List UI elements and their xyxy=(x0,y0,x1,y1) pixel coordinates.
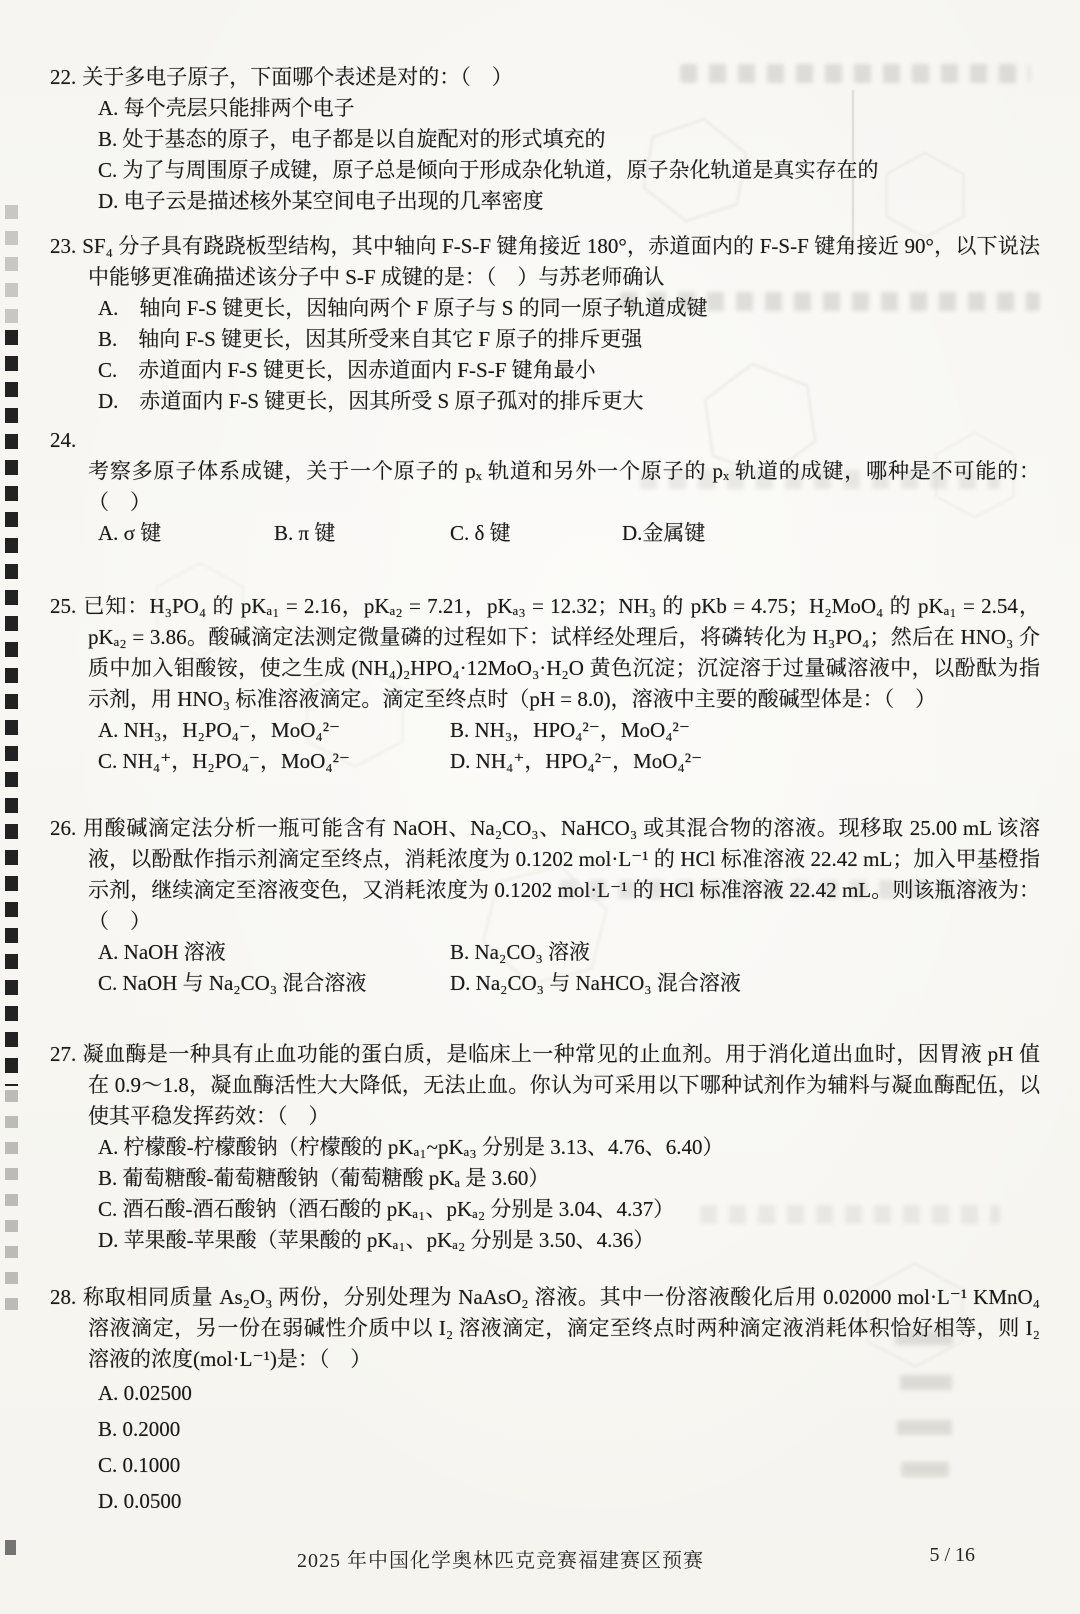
question-23-number: 23. xyxy=(50,234,82,258)
option-23-a: A. 轴向 F-S 键更长，因轴向两个 F 原子与 S 的同一原子轨道成键 xyxy=(98,293,1040,324)
page-footer: 2025 年中国化学奥林匹克竞赛福建赛区预赛 5 / 16 xyxy=(0,1544,1080,1576)
binding-mark-bottom xyxy=(5,1540,16,1555)
question-26: 26.用酸碱滴定法分析一瓶可能含有 NaOH、Na₂CO₃、NaHCO₃ 或其混… xyxy=(50,813,1040,999)
option-28-b: B. 0.2000 xyxy=(98,1411,1040,1447)
exam-content: 22.关于多电子原子，下面哪个表述是对的：（ ） A. 每个壳层只能排两个电子 … xyxy=(50,62,1040,1519)
question-28-text: 称取相同质量 As₂O₃ 两份，分别处理为 NaAsO₂ 溶液。其中一份溶液酸化… xyxy=(82,1285,1040,1371)
question-25-stem: 25.已知：H₃PO₄ 的 pKₐ₁ = 2.16，pKₐ₂ = 7.21，pK… xyxy=(50,591,1040,715)
question-27-options: A. 柠檬酸-柠檬酸钠（柠檬酸的 pKₐ₁~pKₐ₃ 分别是 3.13、4.76… xyxy=(98,1132,1040,1256)
question-22: 22.关于多电子原子，下面哪个表述是对的：（ ） A. 每个壳层只能排两个电子 … xyxy=(50,62,1040,217)
question-26-stem: 26.用酸碱滴定法分析一瓶可能含有 NaOH、Na₂CO₃、NaHCO₃ 或其混… xyxy=(50,813,1040,937)
question-22-number: 22. xyxy=(50,65,82,89)
binding-marks-main xyxy=(5,330,18,1086)
question-23-text: SF₄ 分子具有跷跷板型结构，其中轴向 F-S-F 键角接近 180°，赤道面内… xyxy=(82,234,1040,289)
option-24-c: C. δ 键 xyxy=(450,518,622,549)
option-25-b: B. NH₃，HPO₄²⁻，MoO₄²⁻ xyxy=(450,715,1040,746)
question-24-stem: 24.考察多原子体系成键，关于一个原子的 pₓ 轨道和另外一个原子的 pₓ 轨道… xyxy=(50,425,1040,518)
option-27-c: C. 酒石酸-酒石酸钠（酒石酸的 pKₐ₁、pKₐ₂ 分别是 3.04、4.37… xyxy=(98,1194,1040,1225)
question-24-number: 24. xyxy=(50,428,82,452)
question-24-options: A. σ 键 B. π 键 C. δ 键 D.金属键 xyxy=(98,518,1040,549)
option-28-c: C. 0.1000 xyxy=(98,1447,1040,1483)
option-28-a: A. 0.02500 xyxy=(98,1375,1040,1411)
option-23-c: C. 赤道面内 F-S 键更长，因赤道面内 F-S-F 键角最小 xyxy=(98,355,1040,386)
question-28-options: A. 0.02500 B. 0.2000 C. 0.1000 D. 0.0500 xyxy=(98,1375,1040,1519)
option-22-b: B. 处于基态的原子，电子都是以自旋配对的形式填充的 xyxy=(98,124,1040,155)
option-27-a: A. 柠檬酸-柠檬酸钠（柠檬酸的 pKₐ₁~pKₐ₃ 分别是 3.13、4.76… xyxy=(98,1132,1040,1163)
question-25-options: A. NH₃，H₂PO₄⁻，MoO₄²⁻ B. NH₃，HPO₄²⁻，MoO₄²… xyxy=(98,715,1040,777)
option-25-c: C. NH₄⁺，H₂PO₄⁻，MoO₄²⁻ xyxy=(98,746,450,777)
option-25-a: A. NH₃，H₂PO₄⁻，MoO₄²⁻ xyxy=(98,715,450,746)
option-27-d: D. 苹果酸-苹果酸（苹果酸的 pKₐ₁、pKₐ₂ 分别是 3.50、4.36） xyxy=(98,1225,1040,1256)
question-27-stem: 27.凝血酶是一种具有止血功能的蛋白质，是临床上一种常见的止血剂。用于消化道出血… xyxy=(50,1039,1040,1132)
question-27-text: 凝血酶是一种具有止血功能的蛋白质，是临床上一种常见的止血剂。用于消化道出血时，因… xyxy=(82,1042,1040,1128)
question-28-number: 28. xyxy=(50,1285,82,1309)
option-24-d: D.金属键 xyxy=(622,518,1040,549)
option-22-d: D. 电子云是描述核外某空间电子出现的几率密度 xyxy=(98,186,1040,217)
question-25-number: 25. xyxy=(50,594,82,618)
question-28: 28.称取相同质量 As₂O₃ 两份，分别处理为 NaAsO₂ 溶液。其中一份溶… xyxy=(50,1282,1040,1519)
option-26-d: D. Na₂CO₃ 与 NaHCO₃ 混合溶液 xyxy=(450,968,1040,999)
footer-exam-title: 2025 年中国化学奥林匹克竞赛福建赛区预赛 xyxy=(297,1544,704,1573)
option-26-c: C. NaOH 与 Na₂CO₃ 混合溶液 xyxy=(98,968,450,999)
question-22-stem: 22.关于多电子原子，下面哪个表述是对的：（ ） xyxy=(50,62,1040,93)
option-24-a: A. σ 键 xyxy=(98,518,274,549)
question-24-text: 考察多原子体系成键，关于一个原子的 pₓ 轨道和另外一个原子的 pₓ 轨道的成键… xyxy=(88,459,1040,514)
question-28-stem: 28.称取相同质量 As₂O₃ 两份，分别处理为 NaAsO₂ 溶液。其中一份溶… xyxy=(50,1282,1040,1375)
question-27: 27.凝血酶是一种具有止血功能的蛋白质，是临床上一种常见的止血剂。用于消化道出血… xyxy=(50,1039,1040,1256)
question-25-text: 已知：H₃PO₄ 的 pKₐ₁ = 2.16，pKₐ₂ = 7.21，pKₐ₃ … xyxy=(82,594,1040,711)
question-26-text: 用酸碱滴定法分析一瓶可能含有 NaOH、Na₂CO₃、NaHCO₃ 或其混合物的… xyxy=(82,816,1040,933)
option-23-d: D. 赤道面内 F-S 键更长，因其所受 S 原子孤对的排斥更大 xyxy=(98,386,1040,417)
question-23-options: A. 轴向 F-S 键更长，因轴向两个 F 原子与 S 的同一原子轨道成键 B.… xyxy=(98,293,1040,417)
option-22-a: A. 每个壳层只能排两个电子 xyxy=(98,93,1040,124)
question-25: 25.已知：H₃PO₄ 的 pKₐ₁ = 2.16，pKₐ₂ = 7.21，pK… xyxy=(50,591,1040,777)
footer-page-number: 5 / 16 xyxy=(929,1544,975,1567)
question-22-text: 关于多电子原子，下面哪个表述是对的：（ ） xyxy=(82,65,513,89)
question-23-stem: 23.SF₄ 分子具有跷跷板型结构，其中轴向 F-S-F 键角接近 180°，赤… xyxy=(50,231,1040,293)
option-26-a: A. NaOH 溶液 xyxy=(98,937,450,968)
question-27-number: 27. xyxy=(50,1042,82,1066)
option-26-b: B. Na₂CO₃ 溶液 xyxy=(450,937,1040,968)
option-27-b: B. 葡萄糖酸-葡萄糖酸钠（葡萄糖酸 pKₐ 是 3.60） xyxy=(98,1163,1040,1194)
question-26-options: A. NaOH 溶液 B. Na₂CO₃ 溶液 C. NaOH 与 Na₂CO₃… xyxy=(98,937,1040,999)
option-24-b: B. π 键 xyxy=(274,518,450,549)
option-23-b: B. 轴向 F-S 键更长，因其所受来自其它 F 原子的排斥更强 xyxy=(98,324,1040,355)
question-23: 23.SF₄ 分子具有跷跷板型结构，其中轴向 F-S-F 键角接近 180°，赤… xyxy=(50,231,1040,417)
option-25-d: D. NH₄⁺，HPO₄²⁻，MoO₄²⁻ xyxy=(450,746,1040,777)
option-28-d: D. 0.0500 xyxy=(98,1483,1040,1519)
binding-marks-top xyxy=(5,205,18,329)
exam-page: 22.关于多电子原子，下面哪个表述是对的：（ ） A. 每个壳层只能排两个电子 … xyxy=(0,0,1080,1614)
question-24: 24.考察多原子体系成键，关于一个原子的 pₓ 轨道和另外一个原子的 pₓ 轨道… xyxy=(50,425,1040,549)
question-22-options: A. 每个壳层只能排两个电子 B. 处于基态的原子，电子都是以自旋配对的形式填充… xyxy=(98,93,1040,217)
binding-marks-lower xyxy=(5,1090,18,1322)
question-26-number: 26. xyxy=(50,816,82,840)
option-22-c: C. 为了与周围原子成键，原子总是倾向于形成杂化轨道，原子杂化轨道是真实存在的 xyxy=(98,155,1040,186)
